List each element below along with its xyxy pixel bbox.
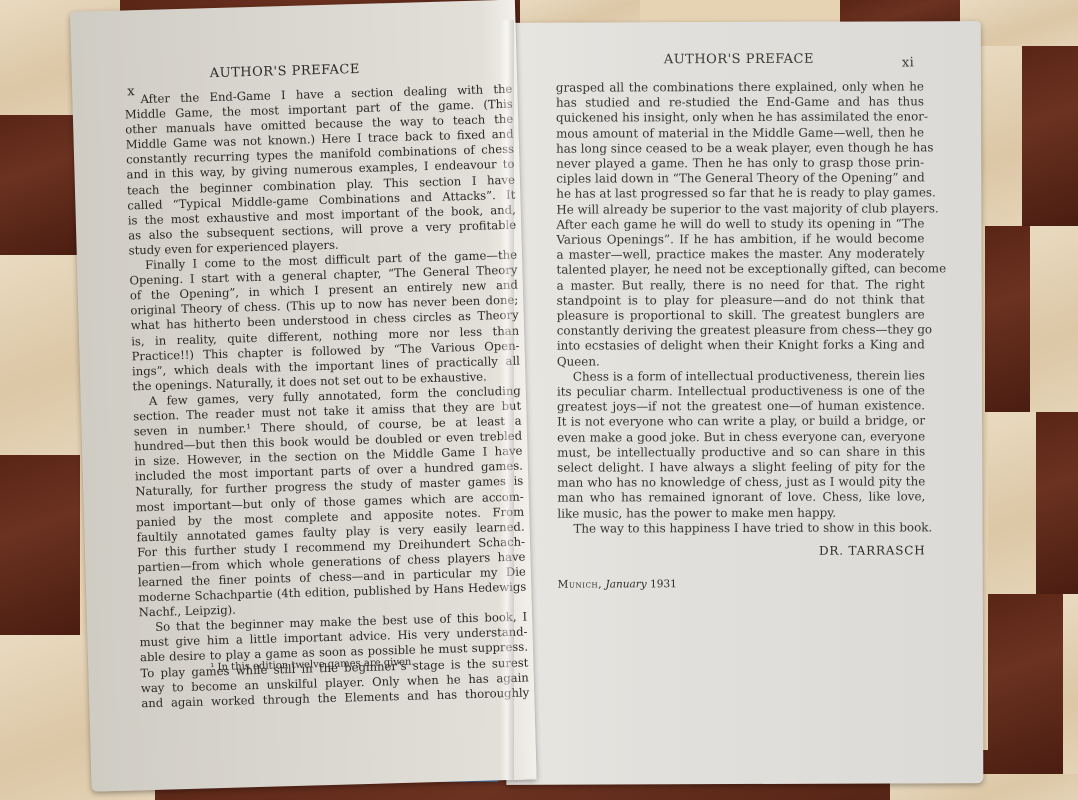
text-line: its peculiar charm. Intellectual product… xyxy=(557,383,925,399)
place-date-line: Munich, January 1931 xyxy=(558,577,677,593)
text-line: has studied and re-studied the End-Game … xyxy=(556,95,924,111)
text-line: After each game he will do well to study… xyxy=(556,216,924,232)
date-year: 1931 xyxy=(650,578,677,590)
text-line: He will already be superior to the vast … xyxy=(556,201,924,217)
text-line: never played a game. Then he has only to… xyxy=(556,155,924,171)
text-line: select delight. I have always a slight f… xyxy=(557,459,925,475)
running-head: AUTHOR'S PREFACE xyxy=(664,52,814,68)
text-line: like music, has the power to make men ha… xyxy=(557,505,925,521)
book-gutter xyxy=(500,20,514,780)
text-line: talented player, he need not be exceptio… xyxy=(557,262,925,278)
date-month: January xyxy=(606,579,647,591)
text-line: Chess is a form of intellectual producti… xyxy=(557,368,925,384)
text-line: standpoint is to play for pleasure—and d… xyxy=(557,292,925,308)
text-line: even make a good joke. But in chess ever… xyxy=(557,429,925,445)
running-head: AUTHOR'S PREFACE xyxy=(210,62,361,81)
text-line: a master. But really, there is no need f… xyxy=(557,277,925,293)
text-line: constantly deriving the greatest pleasur… xyxy=(557,323,925,339)
text-line: man who has no knowledge of chess, just … xyxy=(557,475,925,491)
text-line: It is not everyone who can write a play,… xyxy=(557,414,925,430)
text-line: mous amount of material in the Middle Ga… xyxy=(556,125,924,141)
text-line: must, be intellectually productive and s… xyxy=(557,444,925,460)
page-body-text: After the End-Game I have a section deal… xyxy=(124,82,529,711)
text-line: has long since ceased to be a weak playe… xyxy=(556,140,924,156)
text-line: Queen. xyxy=(557,353,925,369)
text-line: he has at last progressed so far that he… xyxy=(556,186,924,202)
text-line: man who has remained ignorant of love. C… xyxy=(557,490,925,506)
text-line: quickened his insight, only when he has … xyxy=(556,110,924,126)
author-signature: DR. TARRASCH xyxy=(557,543,925,559)
page-number: xi xyxy=(902,55,915,70)
text-line: grasped all the combinations there expla… xyxy=(556,79,924,95)
text-line: greatest joys—if not the greatest one—of… xyxy=(557,399,925,415)
text-line: into ecstasies of delight when their Kni… xyxy=(557,338,925,354)
page-body-text: grasped all the combinations there expla… xyxy=(556,79,926,536)
right-page: AUTHOR'S PREFACE xi grasped all the comb… xyxy=(504,21,984,785)
text-line: The way to this happiness I have tried t… xyxy=(557,520,925,536)
text-line: ciples laid down in “The General Theory … xyxy=(556,171,924,187)
place: Munich, xyxy=(558,579,603,591)
left-page: AUTHOR'S PREFACE x After the End-Game I … xyxy=(70,0,537,792)
text-line: pleasure is proportional to skill. The g… xyxy=(557,307,925,323)
text-line: a master—well, practice makes the master… xyxy=(556,247,924,263)
text-line: Various Openings”. If he has ambition, i… xyxy=(556,231,924,247)
open-book: AUTHOR'S PREFACE xi grasped all the comb… xyxy=(0,0,1078,800)
